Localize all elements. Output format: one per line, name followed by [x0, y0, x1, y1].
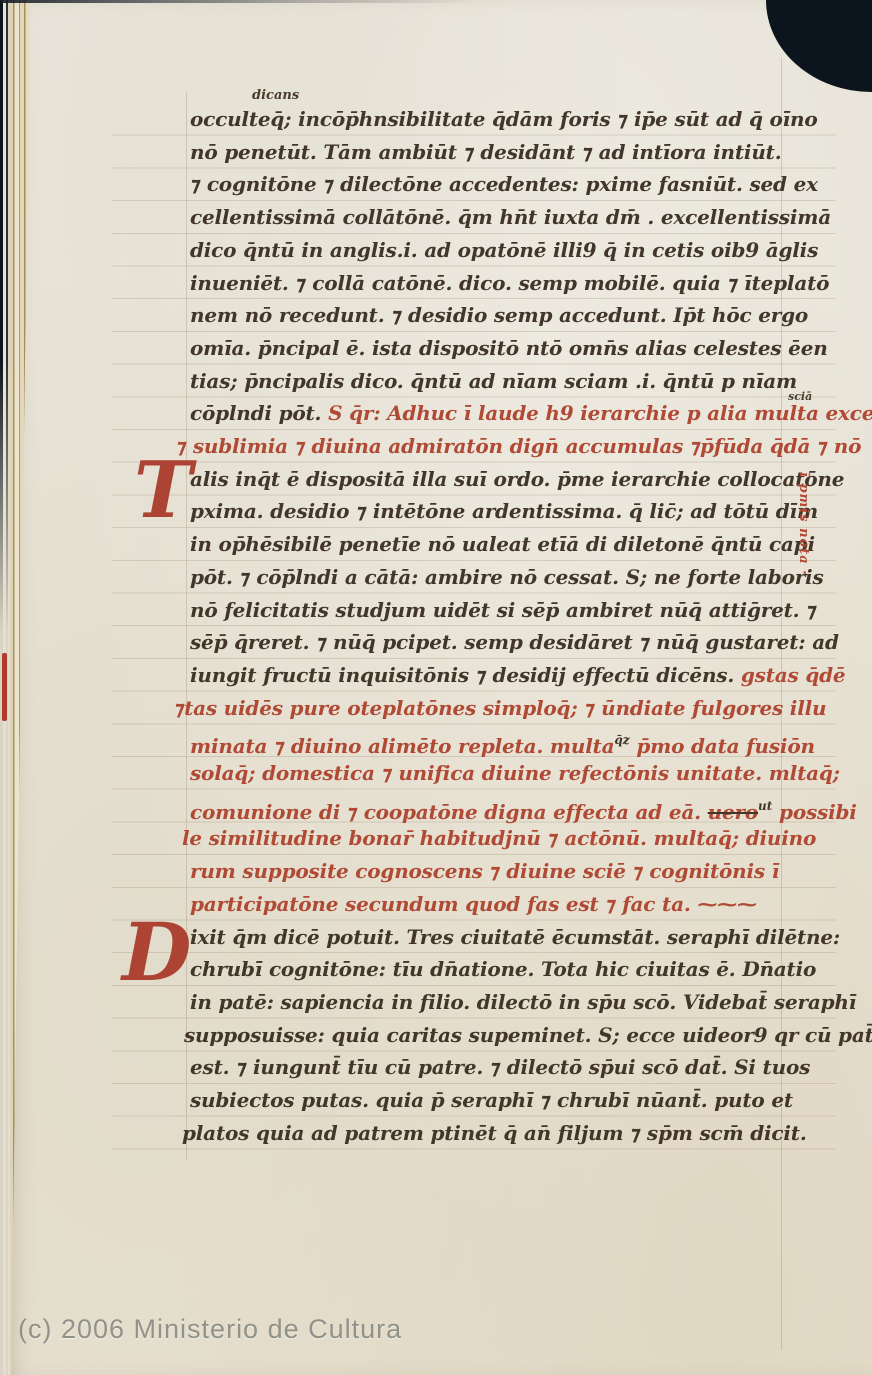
manuscript-line: subiectos putas. quia p̄ seraphī ⁊ chru… [190, 1087, 793, 1114]
margin-note-vertical: ī pmis nota · [796, 472, 811, 622]
text-segment: omīa. p̄ncipal ē. ista dispositō ntō… [190, 336, 828, 360]
manuscript-line: ixit q̄m dicē potuit. Tres ciuitatē ē… [190, 924, 840, 951]
text-segment: occulteq̄; incōp̄hnsibilitate q̄dām fo… [190, 107, 818, 131]
manuscript-line: ⁊ sublimia ⁊ diuina admiratōn dign̄ acc… [176, 433, 861, 460]
text-segment: ⁊ cognitōne ⁊ dilectōne accedentes: px… [190, 172, 818, 196]
manuscript-line: est. ⁊ iungunt̄ tīu cū patre. ⁊ dilect… [190, 1054, 810, 1081]
manuscript-line: nō penetūt. Tām ambiūt ⁊ desidānt ⁊… [190, 139, 781, 166]
text-segment: gstas q̄dē [741, 663, 846, 687]
manuscript-line: platos quia ad patrem ptinēt q̄ an̄ fil… [182, 1120, 807, 1147]
manuscript-line: iungit fructū inquisitōnis ⁊ desidij e… [190, 662, 845, 689]
text-segment: q̄z [614, 733, 629, 747]
text-segment: supposuisse: quia caritas supeminet. S; … [184, 1023, 872, 1047]
manuscript-line: comunione di ⁊ coopatōne digna effecta … [190, 793, 857, 826]
manuscript-line: cellentissimā collātōnē. q̄m hn̄t iu… [190, 204, 831, 231]
text-segment: nem nō recedunt. ⁊ desidio semp accedun… [190, 303, 808, 327]
text-segment: possibi [772, 800, 856, 824]
text-segment: minata ⁊ diuino alimēto repleta. multa [190, 734, 614, 758]
text-segment: rum supposite cognoscens ⁊ diuine sciē … [190, 859, 779, 883]
text-segment: pxima. desidio ⁊ intētōne ardentissima… [190, 499, 818, 523]
text-segment: nō penetūt. Tām ambiūt ⁊ desidānt ⁊… [190, 140, 781, 164]
text-segment: p̄mo data fusiōn [630, 734, 815, 758]
text-segment: ixit q̄m dicē potuit. Tres ciuitatē ē… [190, 925, 840, 949]
manuscript-line: occulteq̄; incōp̄hnsibilitate q̄dām fo… [190, 106, 818, 133]
manuscript-line: tias; p̄ncipalis dico. q̄ntū ad nīam s… [190, 368, 797, 395]
text-segment: S q̄r: Adhuc ī laude h9 ierarchie p ali… [328, 401, 872, 425]
interlinear-gloss: dicans [252, 88, 299, 103]
manuscript-line: in op̄hēsibilē penetīe nō ualeat eti… [190, 531, 815, 558]
text-segment: ⁊ sublimia ⁊ diuina admiratōn dign̄ acc… [176, 434, 861, 458]
text-segment: alis inq̄t ē dispositā illa suī ordo.… [190, 467, 844, 491]
text-segment: solaq̄; domestica ⁊ unifica diuine refec… [190, 761, 840, 785]
manuscript-line: pxima. desidio ⁊ intētōne ardentissima… [190, 498, 818, 525]
manuscript-line: inueniēt. ⁊ collā catōnē. dico. semp… [190, 270, 829, 297]
manuscript-line: minata ⁊ diuino alimēto repleta. multaq… [190, 727, 815, 760]
text-segment: participatōne secundum quod fas est ⁊ f… [190, 892, 757, 916]
text-segment: uero [708, 800, 758, 824]
text-segment: inueniēt. ⁊ collā catōnē. dico. semp… [190, 271, 829, 295]
manuscript-line: omīa. p̄ncipal ē. ista dispositō ntō… [190, 335, 828, 362]
text-segment: cōplndi pōt. [190, 401, 328, 425]
text-segment: nō felicitatis studjum uidēt si sēp̄ … [190, 598, 816, 622]
text-segment: iungit fructū inquisitōnis ⁊ desidij e… [190, 663, 741, 687]
text-segment: ut [758, 799, 772, 813]
manuscript-line: sēp̄ q̄reret. ⁊ nūq̄ pcipet. semp desi… [190, 629, 839, 656]
text-segment: est. ⁊ iungunt̄ tīu cū patre. ⁊ dilect… [190, 1055, 810, 1079]
text-segment: dico q̄ntū in anglis.i. ad opatōnē il… [190, 238, 818, 262]
manuscript-photo: occulteq̄; incōp̄hnsibilitate q̄dām fo… [0, 0, 872, 1375]
text-segment: in patē: sapiencia in filio. dilectō i… [190, 990, 856, 1014]
text-segment: subiectos putas. quia p̄ seraphī ⁊ chru… [190, 1088, 793, 1112]
text-segment: ⁊tas uidēs pure oteplatōnes simploq̄; … [174, 696, 826, 720]
manuscript-line: supposuisse: quia caritas supeminet. S; … [184, 1022, 872, 1049]
text-segment: in op̄hēsibilē penetīe nō ualeat eti… [190, 532, 815, 556]
text-segment: comunione di ⁊ coopatōne digna effecta … [190, 800, 708, 824]
manuscript-line: ⁊tas uidēs pure oteplatōnes simploq̄; … [174, 695, 826, 722]
manuscript-line: rum supposite cognoscens ⁊ diuine sciē … [190, 858, 779, 885]
manuscript-line: dico q̄ntū in anglis.i. ad opatōnē il… [190, 237, 818, 264]
manuscript-line: pōt. ⁊ cōp̄lndi a cātā: ambire nō c… [190, 564, 824, 591]
rubric-initial-D: D [122, 912, 191, 992]
manuscript-line: ⁊ cognitōne ⁊ dilectōne accedentes: px… [190, 171, 818, 198]
rubric-initial-T: T [134, 452, 192, 530]
top-edge-shadow [0, 0, 872, 3]
text-segment: cellentissimā collātōnē. q̄m hn̄t iu… [190, 205, 831, 229]
text-block: occulteq̄; incōp̄hnsibilitate q̄dām fo… [0, 0, 872, 1375]
manuscript-line: in patē: sapiencia in filio. dilectō i… [190, 989, 856, 1016]
manuscript-line: nō felicitatis studjum uidēt si sēp̄ … [190, 597, 816, 624]
text-segment: sēp̄ q̄reret. ⁊ nūq̄ pcipet. semp desi… [190, 630, 839, 654]
copyright-watermark: (c) 2006 Ministerio de Cultura [18, 1314, 402, 1345]
red-page-edge [2, 653, 7, 721]
manuscript-line: alis inq̄t ē dispositā illa suī ordo.… [190, 466, 844, 493]
manuscript-line: solaq̄; domestica ⁊ unifica diuine refec… [190, 760, 840, 787]
text-segment: tias; p̄ncipalis dico. q̄ntū ad nīam s… [190, 369, 797, 393]
manuscript-line: nem nō recedunt. ⁊ desidio semp accedun… [190, 302, 808, 329]
margin-note: sciā [788, 390, 812, 403]
text-segment: chrubī cognitōne: tīu dn̄atione. Tota… [190, 957, 816, 981]
manuscript-line: participatōne secundum quod fas est ⁊ f… [190, 891, 757, 918]
manuscript-line: cōplndi pōt. S q̄r: Adhuc ī laude h9 … [190, 400, 872, 427]
text-segment: le similitudine bonar̄ habitudjnū ⁊ act… [182, 826, 816, 850]
text-segment: pōt. ⁊ cōp̄lndi a cātā: ambire nō c… [190, 565, 824, 589]
manuscript-line: chrubī cognitōne: tīu dn̄atione. Tota… [190, 956, 816, 983]
manuscript-line: le similitudine bonar̄ habitudjnū ⁊ act… [182, 825, 816, 852]
text-segment: platos quia ad patrem ptinēt q̄ an̄ fil… [182, 1121, 807, 1145]
parchment-page: occulteq̄; incōp̄hnsibilitate q̄dām fo… [0, 0, 872, 1375]
